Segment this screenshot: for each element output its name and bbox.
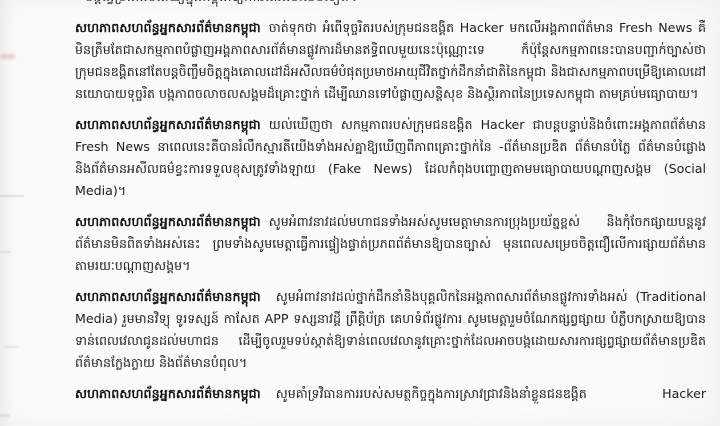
paragraph-lead-org-name: សហភាពសហព័ន្ធអ្នកសារព័ត៌មានកម្ពុជា xyxy=(75,20,261,35)
paragraph-3: សហភាពសហព័ន្ធអ្នកសារព័ត៌មានកម្ពុជាសូមអំពា… xyxy=(75,211,706,277)
scan-smudge-pink xyxy=(0,54,15,59)
paragraph-lead-org-name: សហភាពសហព័ន្ធអ្នកសារព័ត៌មានកម្ពុជា xyxy=(75,214,261,229)
scanned-document-page: បន្តធ្វើប្រជាធិបតេយ្យក្នុងកម្ពុជាឱ្យកាន់… xyxy=(0,0,720,426)
paragraph-body: សូមគាំទ្រវិធានការរបស់សមត្ថកិច្ចក្នុងការស… xyxy=(276,386,706,401)
paragraph-lead-org-name: សហភាពសហព័ន្ធអ្នកសារព័ត៌មានកម្ពុជា xyxy=(75,289,261,304)
scan-smudge xyxy=(0,251,11,253)
document-text-column: បន្តធ្វើប្រជាធិបតេយ្យក្នុងកម្ពុជាឱ្យកាន់… xyxy=(75,0,706,405)
paragraph-1: សហភាពសហព័ន្ធអ្នកសារព័ត៌មានកម្ពុជាចាត់ទុក… xyxy=(75,17,706,105)
paragraph-5-clipped-bottom: សហភាពសហព័ន្ធអ្នកសារព័ត៌មានកម្ពុជាសូមគាំទ… xyxy=(75,383,706,405)
paragraph-lead-org-name: សហភាពសហព័ន្ធអ្នកសារព័ត៌មានកម្ពុជា xyxy=(75,386,261,401)
scan-smudge xyxy=(0,414,10,417)
clipped-top-line-text: បន្តធ្វើប្រជាធិបតេយ្យក្នុងកម្ពុជាឱ្យកាន់… xyxy=(75,0,706,9)
paragraph-2: សហភាពសហព័ន្ធអ្នកសារព័ត៌មានកម្ពុជាយល់ឃើញថ… xyxy=(75,114,706,202)
scan-smudge xyxy=(0,195,24,197)
paragraph-lead-org-name: សហភាពសហព័ន្ធអ្នកសារព័ត៌មានកម្ពុជា xyxy=(75,117,261,132)
paragraph-4: សហភាពសហព័ន្ធអ្នកសារព័ត៌មានកម្ពុជាសូមអំពា… xyxy=(75,286,706,374)
scan-smudge xyxy=(4,346,19,348)
clipped-top-line: បន្តធ្វើប្រជាធិបតេយ្យក្នុងកម្ពុជាឱ្យកាន់… xyxy=(75,0,706,9)
